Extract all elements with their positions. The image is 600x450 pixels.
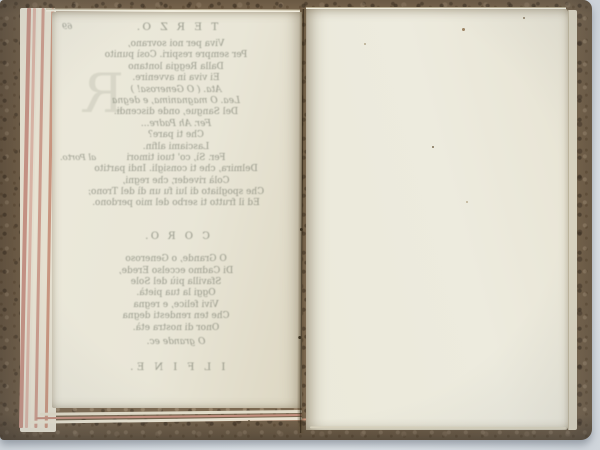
verse-line: Che spogliato di lui fu un dì del Trono; <box>60 187 292 198</box>
book-cover: 69 T E R Z O. Viva per noi sovrano, Per … <box>0 0 592 440</box>
verse-line: Lasciami alfin. <box>60 142 292 153</box>
foxing-speck <box>523 17 525 19</box>
verse-line: Colà riveder, che regni, <box>60 176 292 187</box>
coro-line: O Grande, o Generoso <box>60 254 292 265</box>
verse-line: Ed il frutto ti serbo del mio perdono. <box>60 198 292 209</box>
foxing-speck <box>462 28 465 31</box>
act-header: T E R Z O. <box>134 21 219 33</box>
coro-line: O grande ec. <box>60 337 292 348</box>
foxing-speck <box>466 201 468 203</box>
endpaper-edge <box>568 10 577 430</box>
page-number: 69 <box>62 21 72 32</box>
coro-line: Vivi felice, e regna <box>60 300 292 311</box>
header-row: 69 T E R Z O. <box>60 22 292 39</box>
showthrough-initial: R <box>83 88 124 99</box>
sewing-hole <box>300 228 303 231</box>
verse-line: Che ti pare? <box>60 130 292 141</box>
coro-line: Di Cadmo eccelso Erede, <box>60 266 292 277</box>
coro-line: Che ten rendesti degna <box>60 311 292 322</box>
finis-label: I L F I N E. <box>60 362 292 373</box>
coro-line: Onor di nostra età. <box>60 323 292 334</box>
sewing-hole <box>298 336 301 339</box>
right-page <box>306 9 568 430</box>
fore-edge-stack <box>20 8 56 432</box>
verse-line: Fer. Sì, co' tuoi timori al Porto. <box>60 153 292 164</box>
foxing-speck <box>364 43 366 45</box>
foxing-speck <box>248 420 250 422</box>
coro-line: Sfavilla più del Sole <box>60 277 292 288</box>
foxing-speck <box>432 146 434 148</box>
verse-line: Per sempre respiri. Così punito <box>60 50 292 61</box>
showthrough-text: 69 T E R Z O. Viva per noi sovrano, Per … <box>60 22 292 374</box>
verse-text: Fer. Sì, co' tuoi timori <box>127 153 226 163</box>
coro-header: C O R O. <box>60 231 292 242</box>
stage-direction: al Porto. <box>60 153 96 164</box>
left-page: 69 T E R Z O. Viva per noi sovrano, Per … <box>52 12 302 408</box>
coro-line: Oggi la tua pietà. <box>60 288 292 299</box>
verse-line: Delmira, che ti consigli. Indi partito <box>60 164 292 175</box>
verse-line: Viva per noi sovrano, <box>60 39 292 50</box>
photo-background: 69 T E R Z O. Viva per noi sovrano, Per … <box>0 0 600 450</box>
